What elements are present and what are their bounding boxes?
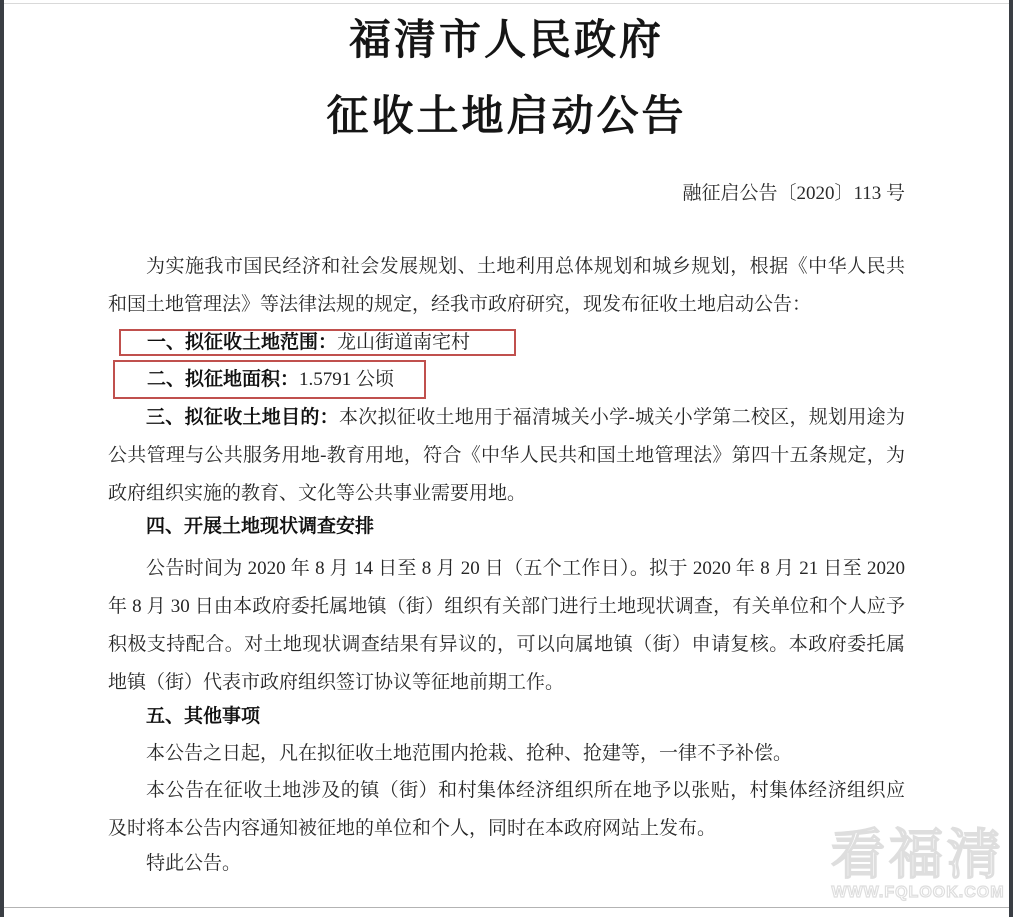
survey-paragraph: 公告时间为 2020 年 8 月 14 日至 8 月 20 日（五个工作日）。拟… [108, 550, 905, 702]
closing-paragraph: 特此公告。 [108, 845, 905, 883]
highlight-box-land-scope: 一、拟征收土地范围：龙山街道南宅村 [119, 329, 516, 356]
highlight-box-land-area: 二、拟征地面积：1.5791 公顷 [113, 360, 426, 399]
document-number: 融征启公告〔2020〕113 号 [108, 175, 905, 213]
watermark-logo: 看福清 [831, 827, 1005, 883]
watermark: 看福清 WWW.FQLOOK.COM [831, 827, 1005, 903]
page-right-edge [1009, 0, 1013, 917]
intro-paragraph: 为实施我市国民经济和社会发展规划、土地利用总体规划和城乡规划，根据《中华人民共和… [108, 248, 905, 324]
land-scope-value: 龙山街道南宅村 [337, 332, 470, 353]
land-scope-label: 一、拟征收土地范围： [147, 332, 337, 353]
land-area-value: 1.5791 公顷 [299, 369, 394, 390]
page-left-edge [0, 0, 4, 917]
document-body: 福清市人民政府 征收土地启动公告 融征启公告〔2020〕113 号 为实施我市国… [108, 0, 905, 883]
watermark-url: WWW.FQLOOK.COM [831, 883, 1005, 903]
land-area-label: 二、拟征地面积： [147, 369, 299, 390]
title-line-2: 征收土地启动公告 [108, 78, 905, 154]
survey-heading: 四、开展土地现状调查安排 [108, 508, 905, 546]
document-title: 福清市人民政府 征收土地启动公告 [108, 2, 905, 154]
purpose-paragraph: 三、拟征收土地目的：本次拟征收土地用于福清城关小学-城关小学第二校区，规划用途为… [108, 399, 905, 513]
other-paragraph-2: 本公告在征收土地涉及的镇（街）和村集体经济组织所在地予以张贴，村集体经济组织应及… [108, 772, 905, 848]
title-line-1: 福清市人民政府 [108, 2, 905, 78]
other-heading: 五、其他事项 [108, 698, 905, 736]
other-paragraph-1: 本公告之日起，凡在拟征收土地范围内抢栽、抢种、抢建等，一律不予补偿。 [108, 735, 905, 773]
purpose-label: 三、拟征收土地目的： [146, 407, 339, 428]
page-bottom-border [4, 907, 1009, 908]
